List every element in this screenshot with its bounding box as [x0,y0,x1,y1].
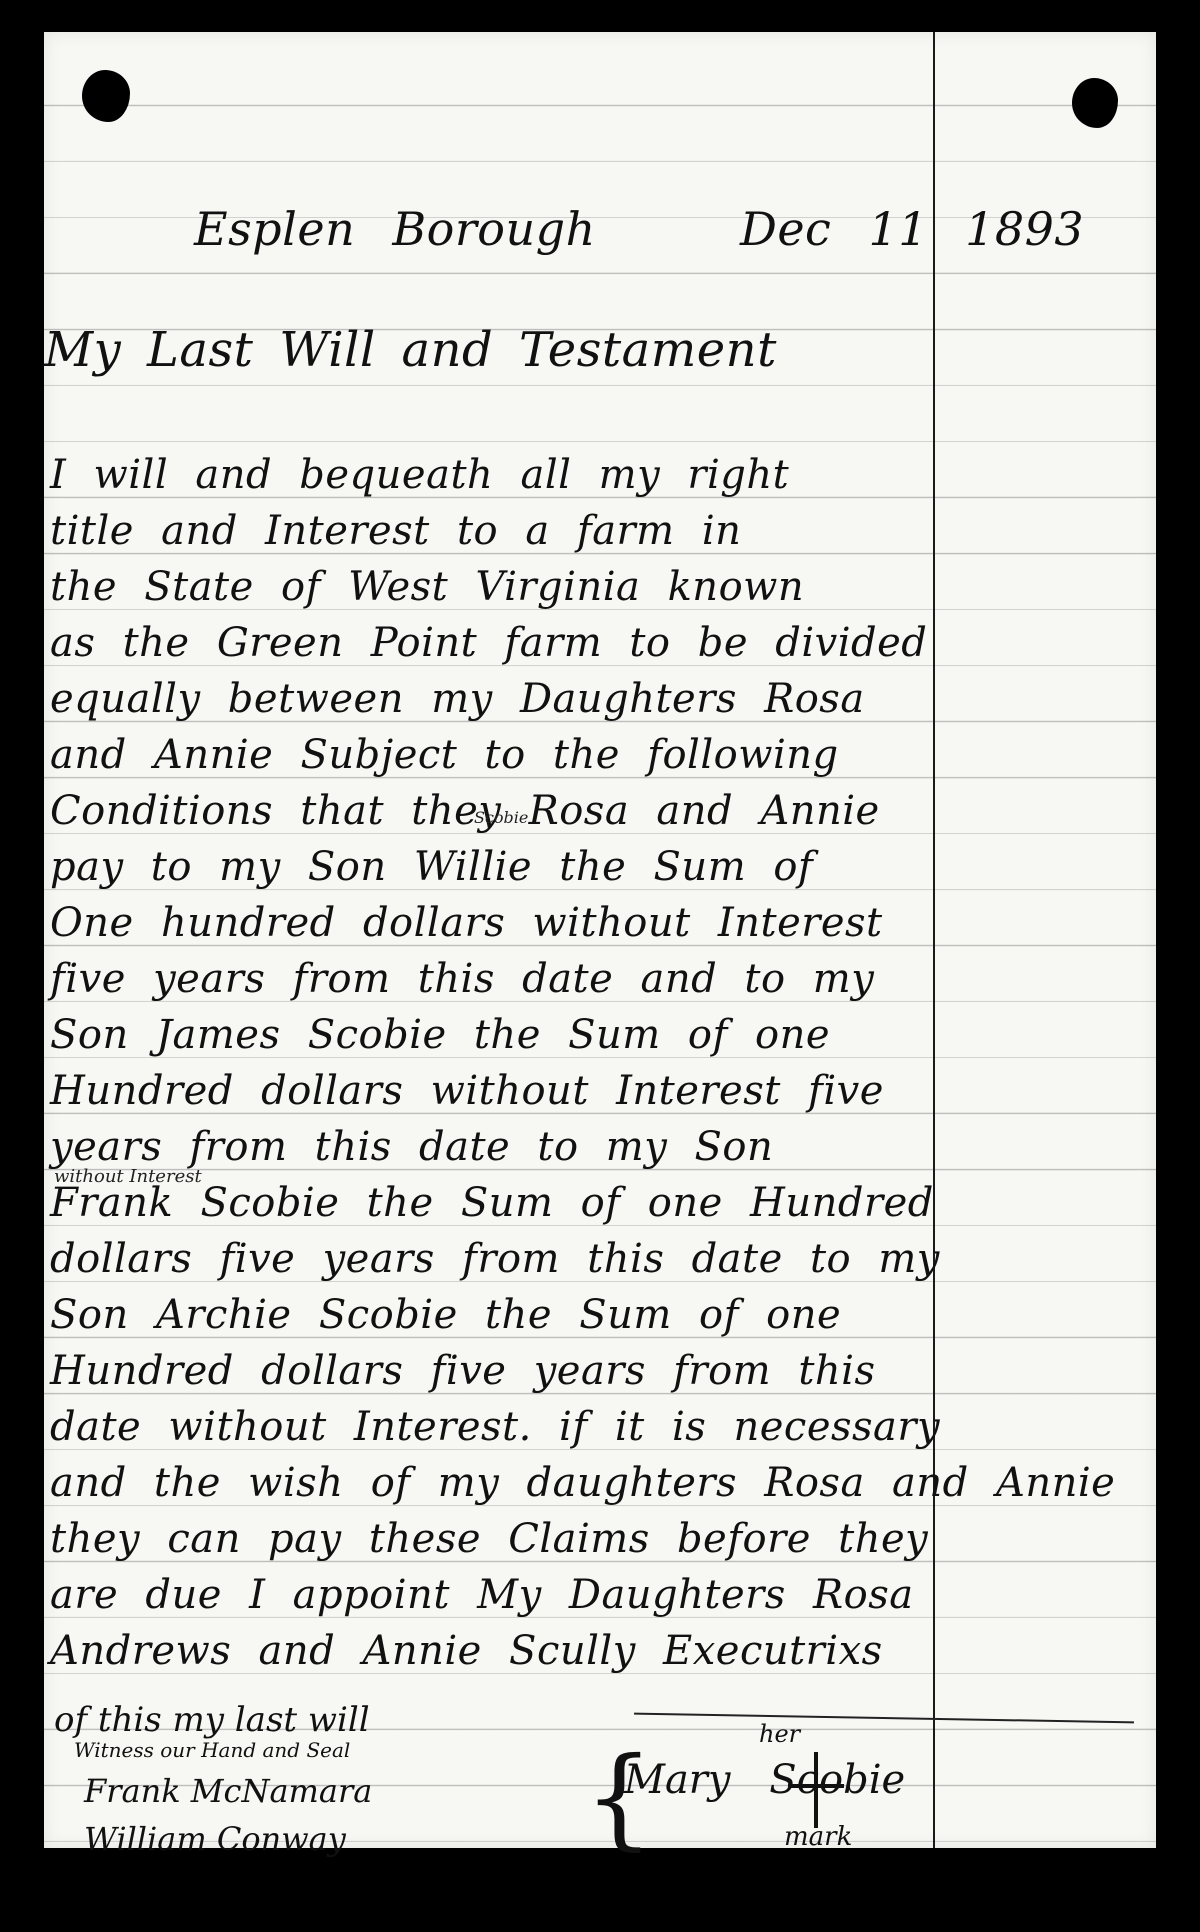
body-line: are due I appoint My Daughters Rosa [50,1572,914,1618]
body-line: as the Green Point farm to be divided [50,620,927,666]
body-line: and the wish of my daughters Rosa and An… [50,1460,1115,1506]
witness-line: Witness our Hand and Seal [74,1738,350,1762]
body-line: dollars five years from this date to my [50,1236,940,1282]
body-line: Son James Scobie the Sum of one [50,1012,830,1058]
interlinear-insertion-scobie: Scobie [474,808,528,827]
body-line: five years from this date and to my [50,956,874,1002]
cross-mark-icon [814,1752,818,1828]
testator-mark-label: mark [784,1822,852,1852]
document-title: My Last Will and Testament [44,322,777,378]
body-line: equally between my Daughters Rosa [50,676,865,722]
body-line: date without Interest. if it is necessar… [50,1404,940,1450]
body-line: years from this date to my Son [50,1124,773,1170]
testator-her-label: her [759,1720,800,1748]
body-line: Andrews and Annie Scully Executrixs [50,1628,883,1674]
body-line: pay to my Son Willie the Sum of [50,844,813,890]
heading-place: Esplen Borough [194,202,596,256]
body-line: Hundred dollars five years from this [50,1348,875,1394]
body-line: One hundred dollars without Interest [50,900,883,946]
witness-signature: Frank McNamara [84,1772,372,1810]
body-line: title and Interest to a farm in [50,508,741,554]
interlinear-insertion-without-interest: without Interest [54,1166,202,1187]
body-line: Son Archie Scobie the Sum of one [50,1292,841,1338]
margin-rule-line [933,32,935,1848]
will-document-page: Esplen Borough Dec 11 1893 My Last Will … [44,32,1156,1848]
body-line: Hundred dollars without Interest five [50,1068,884,1114]
body-line: they can pay these Claims before they [50,1516,928,1562]
heading-date: Dec 11 1893 [740,202,1084,256]
signature-flourish-line [634,1713,1134,1724]
body-line: I will and bequeath all my right [50,452,789,498]
body-line: and Annie Subject to the following [50,732,839,778]
punch-hole-right [1072,78,1118,128]
punch-hole-left [82,70,130,122]
body-line: Conditions that they Rosa and Annie [50,788,880,834]
testator-name: Mary Scobie [624,1757,905,1803]
witness-signature: William Conway [84,1820,346,1858]
body-line: the State of West Virginia known [50,564,804,610]
heading-place-date: Esplen Borough Dec 11 1893 [194,202,1084,256]
closing-statement: of this my last will [54,1700,370,1740]
